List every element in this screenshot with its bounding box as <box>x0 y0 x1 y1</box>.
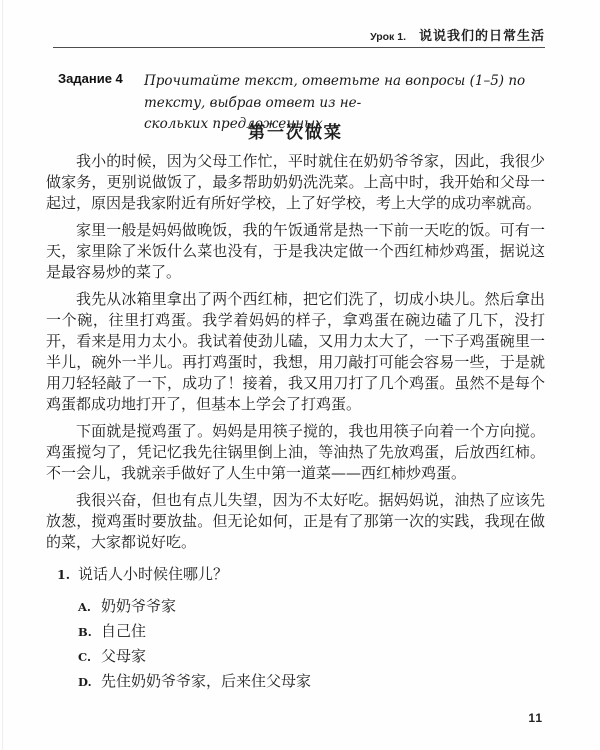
question-line: 1. 说话人小时候住哪儿？ <box>57 563 545 584</box>
task-label: Задание 4 <box>58 71 132 86</box>
option-b: B. 自己住 <box>78 620 545 645</box>
option-a-letter: A. <box>78 600 101 614</box>
question-text: 说话人小时候住哪儿？ <box>78 563 228 584</box>
option-a-text: 奶奶爷爷家 <box>101 595 176 616</box>
paragraph-4: 下面就是搅鸡蛋了。妈妈是用筷子搅的，我也用筷子向着一个方向搅。鸡蛋搅匀了，凭记忆… <box>46 421 545 484</box>
reading-text: 我小的时候，因为父母工作忙，平时就住在奶奶爷爷家，因此，我很少做家务，更别说做饭… <box>46 151 545 559</box>
reading-title: 第一次做菜 <box>46 118 545 143</box>
paragraph-1: 我小的时候，因为父母工作忙，平时就住在奶奶爷爷家，因此，我很少做家务，更别说做饭… <box>46 151 545 214</box>
page-number: 11 <box>528 711 543 725</box>
option-c-letter: C. <box>78 650 101 664</box>
option-a: A. 奶奶爷爷家 <box>78 595 545 620</box>
question-1: 1. 说话人小时候住哪儿？ A. 奶奶爷爷家 B. 自己住 C. 父母家 D. … <box>57 563 545 695</box>
running-header: Урок 1. 说说我们的日常生活 <box>370 25 545 44</box>
option-b-letter: B. <box>78 625 101 639</box>
lesson-number-label: Урок 1. <box>370 31 406 43</box>
paragraph-5: 我很兴奋，但也有点儿失望，因为不太好吃。据妈妈说，油热了应该先放葱，搅鸡蛋时要放… <box>46 490 545 553</box>
option-c-text: 父母家 <box>101 645 146 666</box>
option-b-text: 自己住 <box>101 620 146 641</box>
option-d-letter: D. <box>78 675 101 689</box>
textbook-page: Урок 1. 说说我们的日常生活 Задание 4 Прочитайте т… <box>0 0 600 750</box>
option-d-text: 先住奶奶爷爷家，后来住父母家 <box>101 670 311 691</box>
option-c: C. 父母家 <box>78 645 545 670</box>
paragraph-3: 我先从冰箱里拿出了两个西红柿，把它们洗了，切成小块儿。然后拿出一个碗，往里打鸡蛋… <box>46 289 545 415</box>
header-rule <box>53 47 545 48</box>
paragraph-2: 家里一般是妈妈做晚饭，我的午饭通常是热一下前一天吃的饭。可有一天，家里除了米饭什… <box>46 220 545 283</box>
options-list: A. 奶奶爷爷家 B. 自己住 C. 父母家 D. 先住奶奶爷爷家，后来住父母家 <box>78 595 545 695</box>
option-d: D. 先住奶奶爷爷家，后来住父母家 <box>78 670 545 695</box>
question-number: 1. <box>57 567 78 582</box>
task-instruction-line-1: Прочитайте текст, ответьте на вопросы (1… <box>144 71 546 114</box>
lesson-title: 说说我们的日常生活 <box>419 25 545 44</box>
